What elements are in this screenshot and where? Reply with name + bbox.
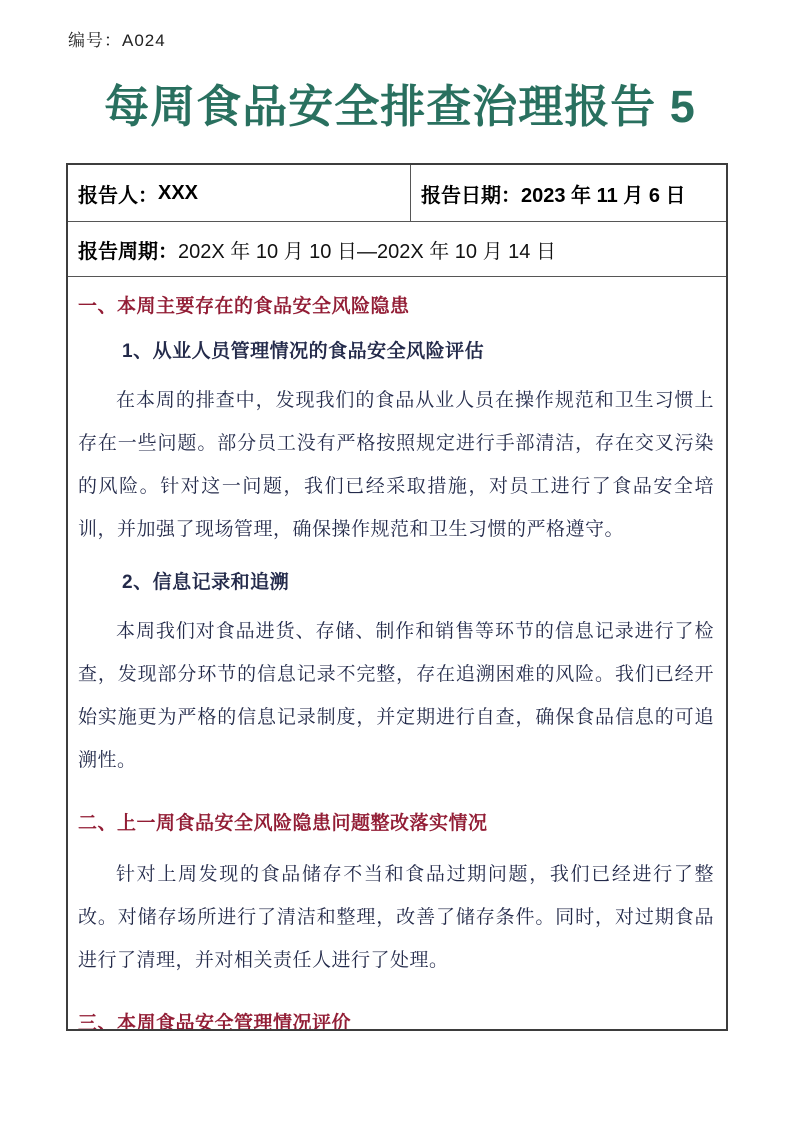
report-title: 每周食品安全排查治理报告 5 (0, 70, 800, 135)
doc-number-label: 编号： (68, 31, 122, 50)
report-date-value: 2023 年 11 月 6 日 (521, 179, 686, 208)
doc-number-value: A024 (122, 31, 166, 50)
paragraph: 在本周的排查中，发现我们的食品从业人员在操作规范和卫生习惯上存在一些问题。部分员… (78, 379, 714, 551)
report-date-cell: 报告日期：2023 年 11 月 6 日 (410, 165, 726, 221)
report-date-label: 报告日期： (421, 179, 521, 208)
paragraph: 针对上周发现的食品储存不当和食品过期问题，我们已经进行了整改。对储存场所进行了清… (78, 853, 714, 982)
section-heading: 一、本周主要存在的食品安全风险隐患 (78, 291, 714, 318)
doc-number: 编号：A024 (68, 26, 166, 51)
sub-heading: 1、从业人员管理情况的食品安全风险评估 (122, 336, 714, 363)
report-body: 一、本周主要存在的食品安全风险隐患1、从业人员管理情况的食品安全风险评估在本周的… (68, 276, 726, 1029)
report-table: 报告人：XXX 报告日期：2023 年 11 月 6 日 报告周期：202X 年… (66, 163, 728, 1031)
report-period-label: 报告周期： (78, 235, 178, 264)
section-heading: 三、本周食品安全管理情况评价 (78, 1008, 714, 1029)
section-heading: 二、上一周食品安全风险隐患问题整改落实情况 (78, 808, 714, 835)
meta-row-top: 报告人：XXX 报告日期：2023 年 11 月 6 日 (68, 165, 726, 221)
paragraph: 本周我们对食品进货、存储、制作和销售等环节的信息记录进行了检查，发现部分环节的信… (78, 610, 714, 782)
reporter-value: XXX (158, 182, 198, 205)
reporter-label: 报告人： (78, 179, 158, 208)
reporter-cell: 报告人：XXX (68, 165, 410, 221)
report-period-value: 202X 年 10 月 10 日—202X 年 10 月 14 日 (178, 235, 556, 264)
report-period-cell: 报告周期：202X 年 10 月 10 日—202X 年 10 月 14 日 (68, 221, 726, 276)
sub-heading: 2、信息记录和追溯 (122, 567, 714, 594)
